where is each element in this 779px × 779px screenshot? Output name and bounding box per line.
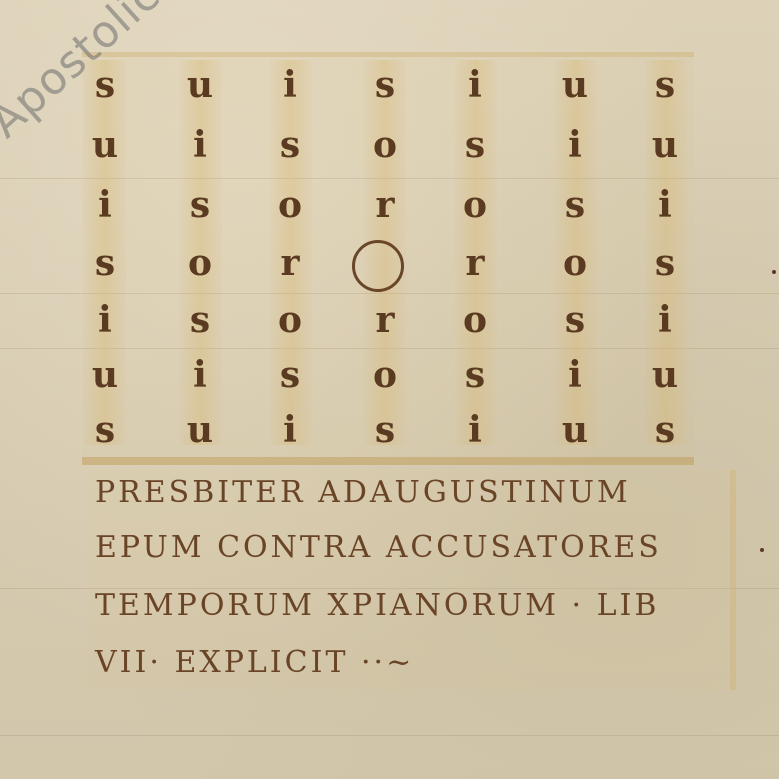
square-letter: i [645,300,685,340]
colophon-line-1: PRESBITER ADAUGUSTINUM [95,475,631,510]
center-circle-o [352,240,404,292]
square-letter: i [555,355,595,395]
square-letter: s [180,300,220,340]
square-letter: r [455,243,495,283]
square-letter: i [645,185,685,225]
square-letter: u [555,410,595,450]
square-letter: u [85,125,125,165]
square-letter: i [180,355,220,395]
square-letter: s [645,243,685,283]
square-letter: r [365,300,405,340]
square-letter: o [555,243,595,283]
square-letter: s [555,185,595,225]
colophon-line-3: TEMPORUM XPIANORUM · LIB [95,588,659,623]
colophon-line-2: EPUM CONTRA ACCUSATORES [95,530,662,565]
square-letter: o [270,300,310,340]
square-letter: r [365,185,405,225]
square-letter: i [85,185,125,225]
square-letter: o [180,243,220,283]
square-letter: s [365,410,405,450]
square-letter: s [270,125,310,165]
square-letter: o [455,300,495,340]
square-letter: s [270,355,310,395]
square-letter: o [455,185,495,225]
square-letter: s [555,300,595,340]
square-letter: s [645,410,685,450]
ink-dot [760,548,764,552]
square-letter: u [645,355,685,395]
square-letter: o [365,355,405,395]
square-letter: i [455,65,495,105]
square-letter: s [645,65,685,105]
ruling-line [0,735,779,736]
square-letter: s [365,65,405,105]
colophon-line-4: VII· EXPLICIT ··~ [95,645,414,680]
square-letter: u [645,125,685,165]
square-letter: u [180,410,220,450]
square-letter: s [455,355,495,395]
square-letter: i [270,410,310,450]
square-letter: s [180,185,220,225]
square-letter: u [85,355,125,395]
square-letter: s [85,410,125,450]
square-letter: i [85,300,125,340]
square-letter: i [455,410,495,450]
square-letter: s [85,243,125,283]
square-letter: o [270,185,310,225]
ink-dot [772,270,776,274]
square-letter: i [555,125,595,165]
square-letter: u [555,65,595,105]
square-letter: r [270,243,310,283]
square-letter: o [365,125,405,165]
square-letter: s [455,125,495,165]
square-letter: i [270,65,310,105]
square-letter: u [180,65,220,105]
square-letter: i [180,125,220,165]
